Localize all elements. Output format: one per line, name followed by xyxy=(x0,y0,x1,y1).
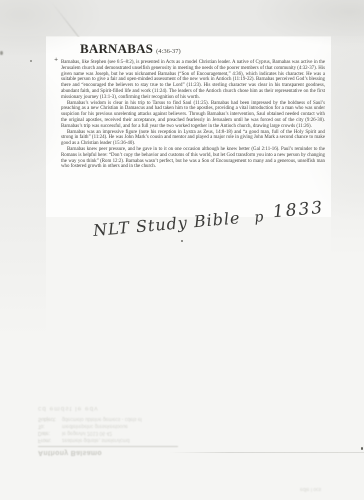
ghost-email-field-value: medtelrepelnc gresekeetooue xyxy=(62,422,180,429)
article-paragraph: Barnabas’s wisdom is clear in his trip t… xyxy=(61,101,325,130)
handwritten-note-p: p xyxy=(254,209,264,226)
scan-speck xyxy=(181,240,183,242)
handwritten-note-page-number: 1833 xyxy=(272,198,325,222)
article-title-reference: (4:36-37) xyxy=(156,48,181,55)
article-title: BARNABAS xyxy=(80,41,153,56)
scan-shadow-left xyxy=(0,36,46,336)
article-clipping: BARNABAS(4:36-37) + Barnabas, like Steph… xyxy=(46,37,331,217)
scan-speck xyxy=(0,51,3,55)
scanned-page: { "article": { "title": "BARNABAS", "tit… xyxy=(0,0,364,500)
article-paragraph: Barnabas, like Stephen (see 6:5–8:2), is… xyxy=(61,60,325,101)
crease-line-bottom xyxy=(170,452,364,453)
ghost-email-field-row: Date: le gegevlvi 2013 06 42 xyxy=(38,429,180,436)
ghost-email-divider xyxy=(38,446,178,447)
article-paragraph: Barnabas was an impressive figure (note … xyxy=(61,130,325,147)
scan-speck xyxy=(361,447,363,450)
ghost-email-field-label: From: xyxy=(38,436,62,443)
ghost-email-field-value: le gegevlvi 2013 06 42 xyxy=(62,429,180,436)
article-paragraph: Barnabas knew peer pressure, and he gave… xyxy=(61,147,325,170)
ghost-email-field-value: gdecmelo ubtelne gemecs - cdels el xyxy=(62,415,180,422)
ghost-email-field-row: From: zeatmele gdnste, smelervlcmd xyxy=(38,436,180,443)
article-bullet-icon: + xyxy=(54,57,58,63)
ghost-email-field-row: Subject: gdecmelo ubtelne gemecs - cdels… xyxy=(38,415,180,422)
ghost-email-field-label: Date: xyxy=(38,429,62,436)
ghost-email-body-line: cd emdst le edv xyxy=(38,405,180,412)
ghost-email-footer: edle l ocs xyxy=(300,486,321,492)
article-title-row: BARNABAS(4:36-37) xyxy=(80,40,325,58)
article-body: Barnabas, like Stephen (see 6:5–8:2), is… xyxy=(61,60,325,170)
ghost-email-sender-name: Anthony Balsamo xyxy=(38,449,180,456)
scan-shadow-right xyxy=(331,36,364,256)
ghost-email-showthrough: Anthony Balsamo From: zeatmele gdnste, s… xyxy=(38,392,180,456)
ghost-email-field-row: To: medtelrepelnc gresekeetooue xyxy=(38,422,180,429)
ghost-email-field-label: Subject: xyxy=(38,415,62,422)
ghost-email-field-label: To: xyxy=(38,422,62,429)
ghost-email-field-value: zeatmele gdnste, smelervlcmd xyxy=(62,436,180,443)
scan-speck xyxy=(30,60,32,62)
